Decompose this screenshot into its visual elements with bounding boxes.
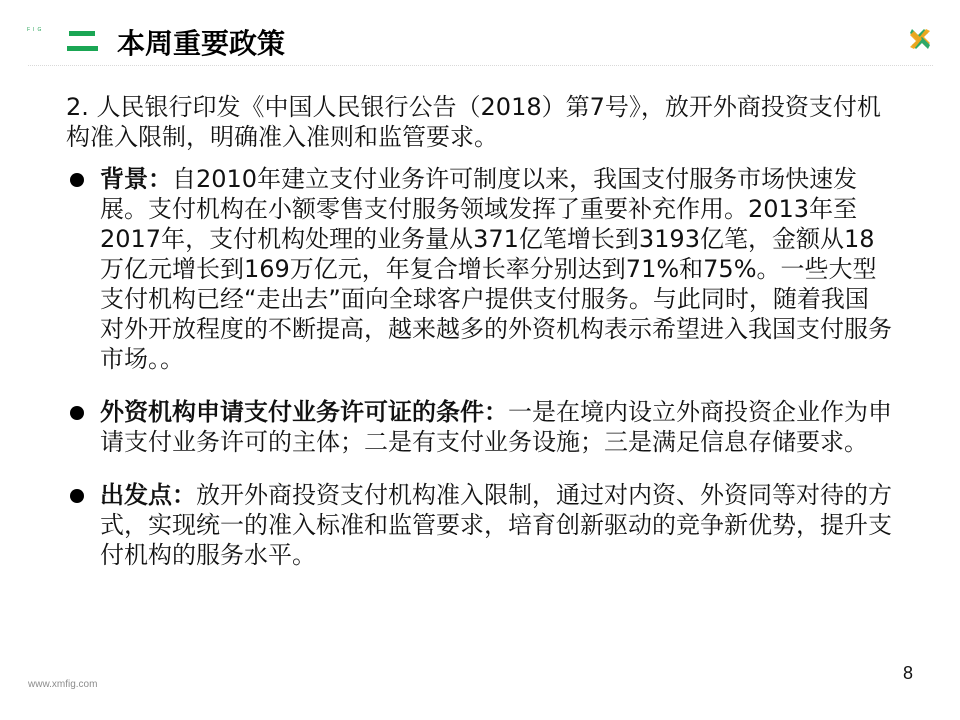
slide-body: 2. 人民银行印发《中国人民银行公告（2018）第7号》，放开外商投资支付机构准… <box>62 92 892 593</box>
chinese-numeral-two-icon <box>67 26 99 56</box>
bullet-dot-icon <box>70 173 84 187</box>
bullet-label: 背景： <box>100 165 172 193</box>
bullet-conditions: 外资机构申请支付业务许可证的条件：一是在境内设立外商投资企业作为申请支付业务许可… <box>62 397 892 457</box>
bullet-label: 出发点： <box>100 481 196 509</box>
bullet-text: 放开外商投资支付机构准入限制，通过对内资、外资同等对待的方式，实现统一的准入标准… <box>100 481 892 569</box>
brand-mark: FIG <box>27 27 44 33</box>
page-title: 本周重要政策 <box>117 24 285 64</box>
title-divider <box>28 65 933 66</box>
bullet-dot-icon <box>70 406 84 420</box>
bullet-background: 背景：自2010年建立支付业务许可制度以来，我国支付服务市场快速发展。支付机构在… <box>62 164 892 374</box>
bullet-starting-point: 出发点：放开外商投资支付机构准入限制，通过对内资、外资同等对待的方式，实现统一的… <box>62 480 892 570</box>
xmfig-logo-icon <box>906 25 934 53</box>
bullet-dot-icon <box>70 489 84 503</box>
page-number: 8 <box>903 663 913 684</box>
bullet-label: 外资机构申请支付业务许可证的条件： <box>100 398 508 426</box>
footer-url: www.xmfig.com <box>28 679 97 690</box>
intro-paragraph: 2. 人民银行印发《中国人民银行公告（2018）第7号》，放开外商投资支付机构准… <box>62 92 892 152</box>
bullet-text: 自2010年建立支付业务许可制度以来，我国支付服务市场快速发展。支付机构在小额零… <box>100 165 892 373</box>
